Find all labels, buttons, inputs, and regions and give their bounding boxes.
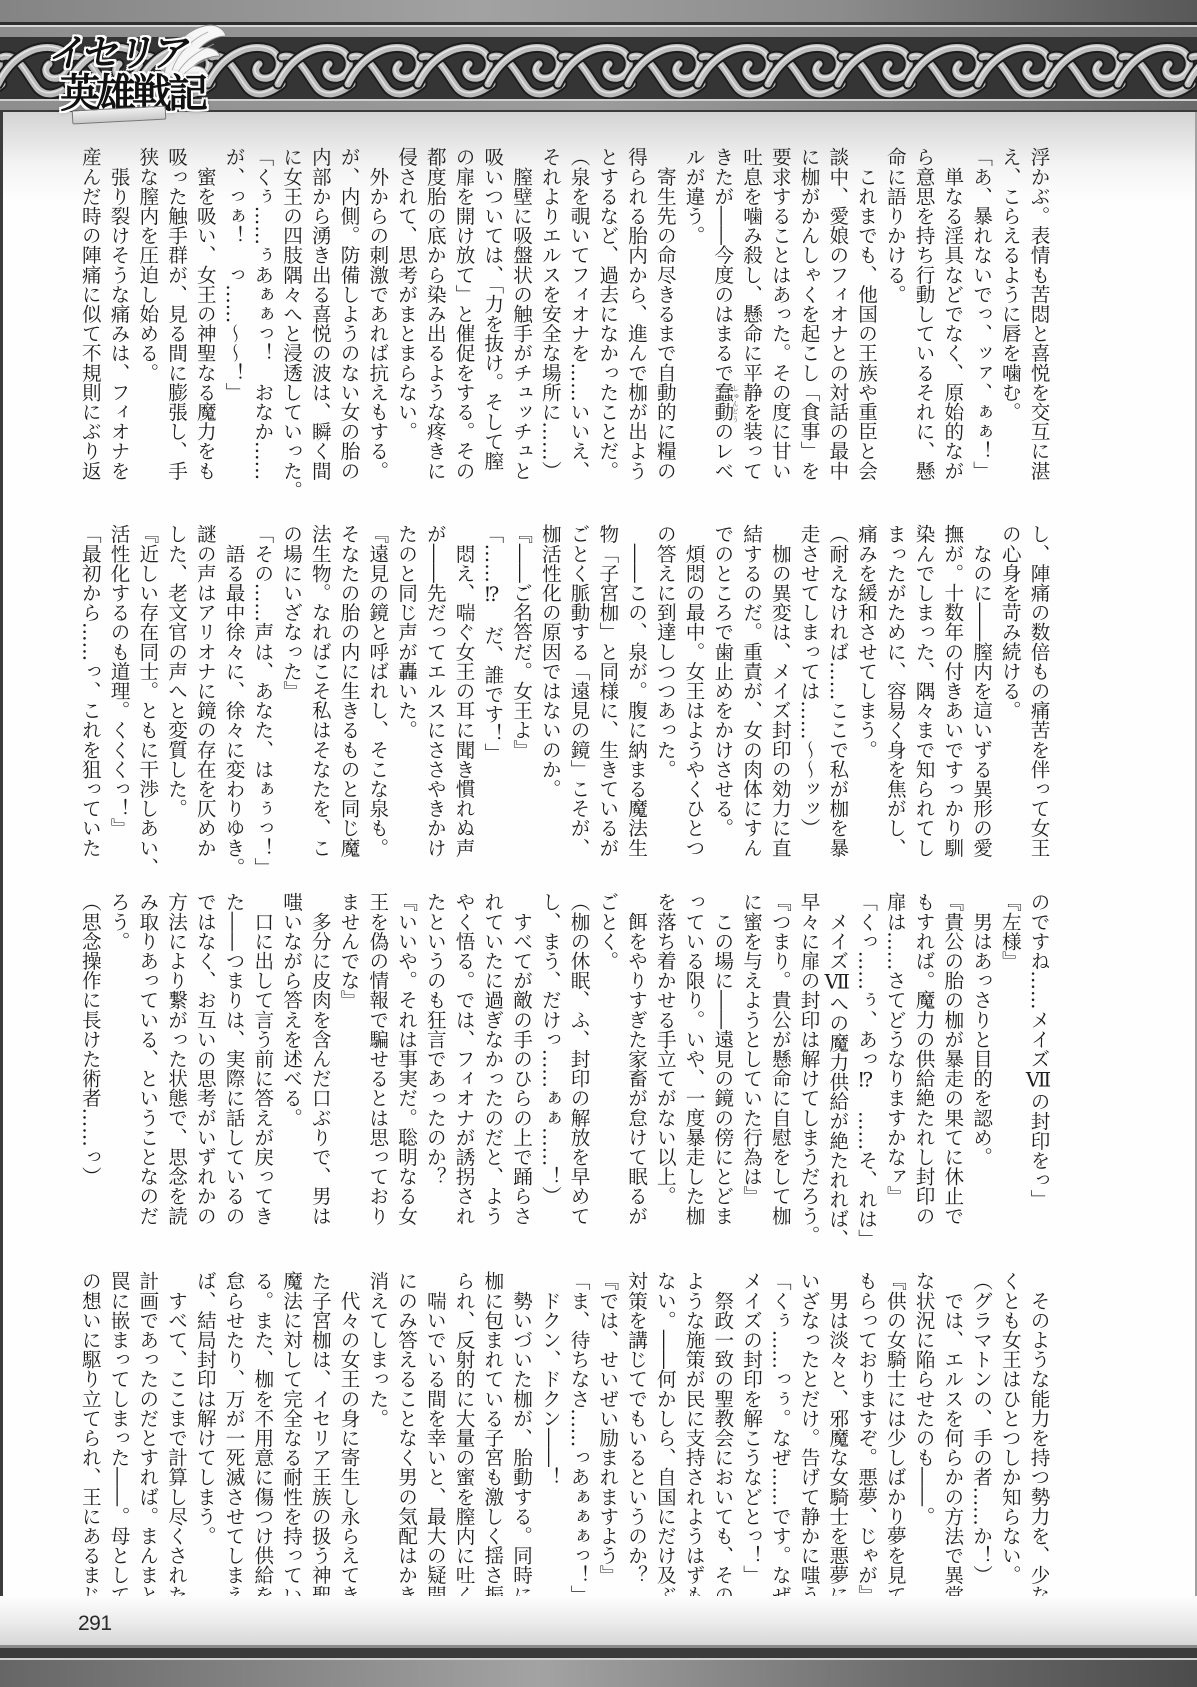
text-column: 『遠見の鏡と呼ばれし、そこな泉も。 — [362, 524, 391, 858]
text-column: 膣壁に吸盤状の触手がチュッチュと — [506, 147, 535, 481]
text-column: 対策を講じてでもいるというのか？ — [621, 1271, 650, 1605]
text-column: ろう。 — [103, 892, 132, 1226]
text-column: の想いに駆り立てられ、王にあるまじ — [75, 1271, 104, 1605]
text-column: に枷がかんしゃくを起こし「食事」を — [793, 147, 822, 481]
text-column: 産んだ時の陣痛に似て不規則にぶり返 — [75, 147, 104, 481]
text-column: そのような能力を持つ勢力を、少な — [1023, 1271, 1052, 1605]
text-column: 『左様』 — [995, 892, 1024, 1226]
text-column: が、っぁ！ っ……～～！」 — [218, 147, 247, 481]
text-column: 計画であったのだとすれば。まんまと — [132, 1271, 161, 1605]
text-column: 早々に扉の封印は解けてしまうだろう。 — [793, 892, 822, 1226]
text-column: 方法により繋がった状態で、思念を読 — [161, 892, 190, 1226]
text-column: 『――ご名答だ。女王よ』 — [506, 524, 535, 858]
text-column: 痛みを緩和させてしまう。 — [851, 524, 880, 858]
text-column: ば、結局封印は解けてしまう。 — [190, 1271, 219, 1605]
text-column: 結するのだ。重責が、女の肉体にすん — [736, 524, 765, 858]
text-column: では、エルスを何らかの方法で異常 — [937, 1271, 966, 1605]
text-column: 寄生先の命尽きるまで自動的に糧の — [650, 147, 679, 481]
text-column: 走させてしまっては……～～ッッ） — [793, 524, 822, 858]
text-column: やく悟る。では、フィオナが誘拐され — [448, 892, 477, 1226]
text-column: （思念操作に長けた術者……っ） — [75, 892, 104, 1226]
text-column: 吸った触手群が、見る間に膨張し、手 — [161, 147, 190, 481]
text-column: 『では、せいぜい励まれますよう』 — [592, 1271, 621, 1605]
text-column: に女王の四肢隅々へと浸透していった。 — [276, 147, 305, 481]
text-column: が、内側。防備しようのない女の胎の — [333, 147, 362, 481]
text-column: 枷活性化の原因ではないのか。 — [535, 524, 564, 858]
text-column: 浮かぶ。表情も苦悶と喜悦を交互に湛 — [1023, 147, 1052, 481]
text-column: っている限り。いや、一度暴走した枷 — [678, 892, 707, 1226]
text-column: （泉を覗いてフィオナを……いいえ、 — [563, 147, 592, 481]
page-number: 291 — [78, 1612, 112, 1636]
text-column: 勢いづいた枷が、胎動する。同時に — [506, 1271, 535, 1605]
text-column: 『いいや。それは事実だ。聡明なる女 — [391, 892, 420, 1226]
text-column: を落ち着かせる手立てがない以上。 — [650, 892, 679, 1226]
text-column: 男はあっさりと目的を認め。 — [966, 892, 995, 1226]
footer-shadow — [0, 1596, 1197, 1646]
text-column: 喘いでいる間を幸いと、最大の疑問 — [420, 1271, 449, 1605]
text-column: （耐えなければ……ここで私が枷を暴 — [822, 524, 851, 858]
text-column: 男は淡々と、邪魔な女騎士を悪夢に — [822, 1271, 851, 1605]
text-column: み取りあっている、ということなのだ — [132, 892, 161, 1226]
text-column: 枷に包まれている子宮も激しく揺さ振 — [477, 1271, 506, 1605]
text-tier-1: 浮かぶ。表情も苦悶と喜悦を交互に湛え、こらえるように唇を噛む。「あ、暴れないでっ… — [74, 147, 1052, 481]
text-tier-4: そのような能力を持つ勢力を、少なくとも女王はひとつしか知らない。（グラマトンの、… — [74, 1271, 1052, 1605]
text-column: 「くぅ……ぅあぁぁっ！ おなか…… — [247, 147, 276, 481]
text-column: な状況に陥らせたのも――。 — [908, 1271, 937, 1605]
text-column: 「最初から……っ、これを狙っていた — [75, 524, 104, 858]
text-column: 張り裂けそうな痛みは、フィオナを — [103, 147, 132, 481]
text-column: 煩悶の最中。女王はようやくひとつ — [678, 524, 707, 858]
text-column: 「その……声は、あなた、はぁぅっ！」 — [247, 524, 276, 858]
text-column: たのと同じ声が轟いた。 — [391, 524, 420, 858]
text-column: 代々の女王の身に寄生し永らえてき — [333, 1271, 362, 1605]
text-column: 活性化するのも道理。くくくっ！』 — [103, 524, 132, 858]
text-tier-2: し、陣痛の数倍もの痛苦を伴って女王の心身を苛み続ける。 なのに――膣内を這いずる… — [74, 524, 1052, 858]
series-logo: イセリア 英雄戦記 — [46, 20, 226, 130]
text-column: 吸いついては、「力を抜け。そして膣 — [477, 147, 506, 481]
text-column: 得られる胎内から、進んで枷が出よう — [621, 147, 650, 481]
text-column: これまでも、他国の王族や重臣と会 — [851, 147, 880, 481]
text-column: たというのも狂言であったのか？ — [420, 892, 449, 1226]
text-column: なのに――膣内を這いずる異形の愛 — [966, 524, 995, 858]
text-column: た――つまりは、実際に話しているの — [218, 892, 247, 1226]
text-column: そなたの胎の内に生きるものと同じ魔 — [333, 524, 362, 858]
text-column: 悶え、喘ぐ女王の耳に聞き慣れぬ声 — [448, 524, 477, 858]
text-column: た子宮枷は、イセリア王族の扱う神聖 — [305, 1271, 334, 1605]
text-column: すべてが敵の手のひらの上で踊らさ — [506, 892, 535, 1226]
text-column: の答えに到達しつつあった。 — [650, 524, 679, 858]
text-column: の心身を苛み続ける。 — [995, 524, 1024, 858]
text-column: の扉を開け放て」と催促をする。その — [448, 147, 477, 481]
text-tier-3: のですね……メイズⅦの封印をっ」『左様』 男はあっさりと目的を認め。『貴公の胎の… — [74, 892, 1052, 1226]
text-column: メイズの封印を解こうなどとっ！」 — [736, 1271, 765, 1605]
text-column: この場に――遠見の鏡の傍にとどま — [707, 892, 736, 1226]
footer-border — [0, 1645, 1197, 1687]
page-edge-left — [0, 112, 3, 1645]
text-column: ルが違う。 — [678, 147, 707, 481]
text-column: 「くぅ……っぅ。なぜ……です。なぜ — [765, 1271, 794, 1605]
text-column: 蜜を吸い、女王の神聖なる魔力をも — [190, 147, 219, 481]
text-column: 「あ、暴れないでっ、ッァ、ぁぁ！」 — [966, 147, 995, 481]
text-column: 枷の異変は、メイズ封印の効力に直 — [765, 524, 794, 858]
text-column: ではなく、お互いの思考がいずれかの — [190, 892, 219, 1226]
text-column: 罠に嵌まってしまった――。母として — [103, 1271, 132, 1605]
text-column: それよりエルスを安全な場所に……） — [535, 147, 564, 481]
text-column: る。また、枷を不用意に傷つけ供給を — [247, 1271, 276, 1605]
text-column: 撫が。十数年の付きあいですっかり馴 — [937, 524, 966, 858]
text-column: のですね……メイズⅦの封印をっ」 — [1023, 892, 1052, 1226]
text-column: に蜜を与えようとしていた行為は』 — [736, 892, 765, 1226]
text-column: 物「子宮枷」と同様に、生きているが — [592, 524, 621, 858]
text-column: 『近しい存在同士。ともに干渉しあい、 — [132, 524, 161, 858]
text-column: もらっておりますぞ。悪夢、じゃが』 — [851, 1271, 880, 1605]
text-column: 多分に皮肉を含んだ口ぶりで、男は — [305, 892, 334, 1226]
text-column: 『貴公の胎の枷が暴走の果てに休止で — [937, 892, 966, 1226]
text-column: でのところで歯止めをかけさせる。 — [707, 524, 736, 858]
text-column: ませんでな』 — [333, 892, 362, 1226]
text-column: 「ま、待ちなさ……っあぁぁぁっ！」 — [563, 1271, 592, 1605]
text-column: メイズⅦへの魔力供給が絶たれれば、 — [822, 892, 851, 1226]
text-column: ごとく。 — [592, 892, 621, 1226]
text-column: 餌をやりすぎた家畜が怠けて眠るが — [621, 892, 650, 1226]
text-column: 吐息を噛み殺し、懸命に平静を装って — [736, 147, 765, 481]
text-column: 魔法に対して完全なる耐性を持ってい — [276, 1271, 305, 1605]
text-column: 『つまり。貴公が懸命に自慰をして枷 — [765, 892, 794, 1226]
text-column: 祭政一致の聖教会においても、その — [707, 1271, 736, 1605]
text-column: 染んでしまった、隅々まで知られてし — [908, 524, 937, 858]
text-column: ドクン、ドクン――！ — [535, 1271, 564, 1605]
text-column: れていたに過ぎなかったのだと、よう — [477, 892, 506, 1226]
text-column: もすれば。魔力の供給絶たれし封印の — [908, 892, 937, 1226]
text-column: 消えてしまった。 — [362, 1271, 391, 1605]
text-column: 『供の女騎士には少しばかり夢を見て — [880, 1271, 909, 1605]
text-column: 談中、愛娘のフィオナとの対話の最中 — [822, 147, 851, 481]
text-column: 単なる淫具などでなく、原始的なが — [937, 147, 966, 481]
text-column: 謎の声はアリオナに鏡の存在を仄めか — [190, 524, 219, 858]
text-column: られ、反射的に大量の蜜を膣内に吐く。 — [448, 1271, 477, 1605]
text-column: し、まう、だけっ……ぁぁ……！） — [535, 892, 564, 1226]
text-column: まったがために、容易く身を焦がし、 — [880, 524, 909, 858]
text-column: 法生物。なればこそ私はそなたを、こ — [305, 524, 334, 858]
text-column: ような施策が民に支持されようはずも — [678, 1271, 707, 1605]
text-column: 要求することはあった。その度に甘い — [765, 147, 794, 481]
text-column: 命に語りかける。 — [880, 147, 909, 481]
text-column: 王を偽の情報で騙せるとは思っており — [362, 892, 391, 1226]
text-column: にのみ答えることなく男の気配はかき — [391, 1271, 420, 1605]
text-column: した、老文官の声へと変質した。 — [161, 524, 190, 858]
text-column: 侵されて、思考がまとまらない。 — [391, 147, 420, 481]
text-column: とするなど、過去になかったことだ。 — [592, 147, 621, 481]
text-column: 外からの刺激であれば抗えもする。 — [362, 147, 391, 481]
text-column: 狭な膣内を圧迫し始める。 — [132, 147, 161, 481]
text-column: ない。――何かしら、自国にだけ及ぶ — [650, 1271, 679, 1605]
text-column: 口に出して言う前に答えが戻ってき — [247, 892, 276, 1226]
text-column: 怠らせたり、万が一死滅させてしまえ — [218, 1271, 247, 1605]
text-column: の場にいざなった』 — [276, 524, 305, 858]
text-column: くとも女王はひとつしか知らない。 — [995, 1271, 1024, 1605]
text-column: 「……⁉ だ、誰です！」 — [477, 524, 506, 858]
book-page: イセリア 英雄戦記 浮かぶ。表情も苦悶と喜悦を交互に湛え、こらえるように唇を噛む… — [0, 0, 1197, 1687]
text-column: 扉は……さてどうなりますかなァ』 — [880, 892, 909, 1226]
text-column: いざなったとだけ。告げて静かに嗤う。 — [793, 1271, 822, 1605]
text-column: ――この、泉が。腹に納まる魔法生 — [621, 524, 650, 858]
text-column: ら意思を持ち行動しているそれに、懸 — [908, 147, 937, 481]
text-column: 嗤いながら答えを述べる。 — [276, 892, 305, 1226]
ruby-annotation: しゅんどう — [731, 385, 739, 424]
text-column: きたが――今度のはまるで蠢動のレベしゅんどう — [707, 147, 736, 481]
text-column: （枷の休眠、ふ、封印の解放を早めて — [563, 892, 592, 1226]
text-column: 内部から湧き出る喜悦の波は、瞬く間 — [305, 147, 334, 481]
text-column: し、陣痛の数倍もの痛苦を伴って女王 — [1023, 524, 1052, 858]
text-column: （グラマトンの、手の者……か！） — [966, 1271, 995, 1605]
text-column: が――先だってエルスにささやきかけ — [420, 524, 449, 858]
text-column: すべて、ここまで計算し尽くされた — [161, 1271, 190, 1605]
text-column: 語る最中徐々に、徐々に変わりゆき。 — [218, 524, 247, 858]
text-column: え、こらえるように唇を噛む。 — [995, 147, 1024, 481]
text-column: ごとく脈動する「遠見の鏡」こそが、 — [563, 524, 592, 858]
text-column: 「くっ……ぅ、あっ⁉ ……そ、れは」 — [851, 892, 880, 1226]
text-column: 都度胎の底から染み出るような疼きに — [420, 147, 449, 481]
